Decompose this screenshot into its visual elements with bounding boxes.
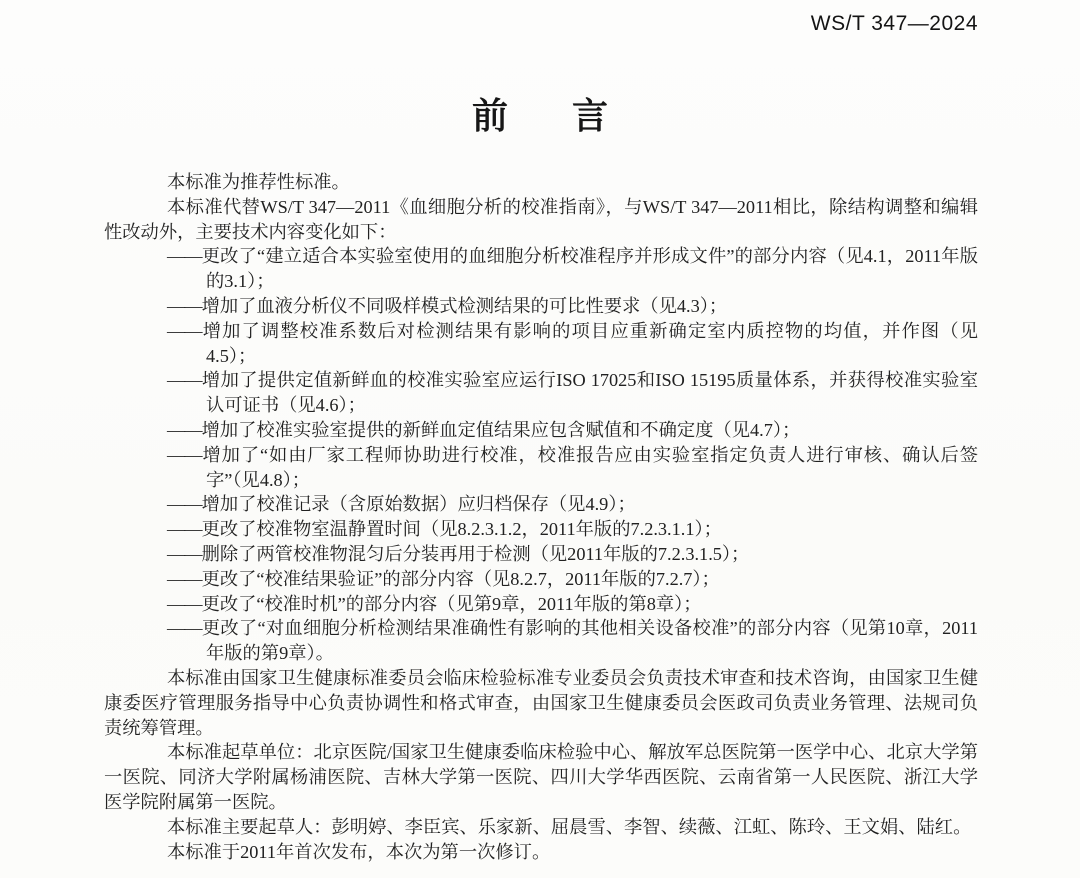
change-item: ——更改了“对血细胞分析检测结果准确性有影响的其他相关设备校准”的部分内容（见第… [104,616,978,666]
document-page: WS/T 347—2024 前 言 本标准为推荐性标准。 本标准代替WS/T 3… [0,0,1080,878]
item-dash: —— [167,544,202,564]
change-item-text: 增加了校准实验室提供的新鲜血定值结果应包含赋值和不确定度（见4.7）； [202,420,801,440]
item-dash: —— [167,569,202,589]
change-item: ——增加了调整校准系数后对检测结果有影响的项目应重新确定室内质控物的均值，并作图… [104,319,978,369]
change-item: ——更改了“校准时机”的部分内容（见第9章，2011年版的第8章）； [104,592,978,617]
change-item: ——增加了提供定值新鲜血的校准实验室应运行ISO 17025和ISO 15195… [104,368,978,418]
change-item: ——增加了校准记录（含原始数据）应归档保存（见4.9）； [104,492,978,517]
paragraph-drafting-organizations: 本标准起草单位：北京医院/国家卫生健康委临床检验中心、解放军总医院第一医学中心、… [104,740,978,814]
change-item: ——增加了校准实验室提供的新鲜血定值结果应包含赋值和不确定度（见4.7）； [104,418,978,443]
title-char-yan: 言 [572,96,608,136]
item-dash: —— [167,370,202,390]
change-item-text: 增加了提供定值新鲜血的校准实验室应运行ISO 17025和ISO 15195质量… [202,370,978,415]
change-item-text: 增加了校准记录（含原始数据）应归档保存（见4.9）； [202,494,636,514]
foreword-body: 本标准为推荐性标准。 本标准代替WS/T 347—2011《血细胞分析的校准指南… [104,170,978,864]
change-item-text: 更改了“对血细胞分析检测结果准确性有影响的其他相关设备校准”的部分内容（见第10… [202,618,978,663]
item-dash: —— [167,246,202,266]
change-item: ——更改了“建立适合本实验室使用的血细胞分析校准程序并形成文件”的部分内容（见4… [104,244,978,294]
item-dash: —— [167,420,202,440]
page-title: 前 言 [0,96,1080,136]
change-item: ——删除了两管校准物混匀后分装再用于检测（见2011年版的7.2.3.1.5）； [104,542,978,567]
item-dash: —— [167,618,202,638]
item-dash: —— [167,494,202,514]
item-dash: —— [167,296,202,316]
change-item: ——增加了“如由厂家工程师协助进行校准，校准报告应由实验室指定负责人进行审核、确… [104,443,978,493]
paragraph-drafters: 本标准主要起草人：彭明婷、李臣宾、乐家新、屈晨雪、李智、续薇、江虹、陈玲、王文娟… [104,815,978,840]
change-item-text: 增加了血液分析仪不同吸样模式检测结果的可比性要求（见4.3）； [202,296,728,316]
paragraph-revision-history: 本标准于2011年首次发布，本次为第一次修订。 [104,840,978,865]
change-item-text: 增加了“如由厂家工程师协助进行校准，校准报告应由实验室指定负责人进行审核、确认后… [202,445,978,490]
paragraph-replacement-notice: 本标准代替WS/T 347—2011《血细胞分析的校准指南》，与WS/T 347… [104,195,978,245]
item-dash: —— [167,594,202,614]
paragraph-recommended-standard: 本标准为推荐性标准。 [104,170,978,195]
change-item-text: 删除了两管校准物混匀后分装再用于检测（见2011年版的7.2.3.1.5）； [202,544,750,564]
item-dash: —— [167,321,202,341]
title-char-qian: 前 [472,96,508,136]
change-item-text: 更改了“校准时机”的部分内容（见第9章，2011年版的第8章）； [202,594,702,614]
change-item-text: 更改了“校准结果验证”的部分内容（见8.2.7，2011年版的7.2.7）； [202,569,720,589]
change-item: ——更改了“校准结果验证”的部分内容（见8.2.7，2011年版的7.2.7）； [104,567,978,592]
standard-number: WS/T 347—2024 [811,12,978,36]
change-item-text: 增加了调整校准系数后对检测结果有影响的项目应重新确定室内质控物的均值，并作图（见… [202,321,978,366]
paragraph-responsible-bodies: 本标准由国家卫生健康标准委员会临床检验标准专业委员会负责技术审查和技术咨询，由国… [104,666,978,740]
change-item: ——更改了校准物室温静置时间（见8.2.3.1.2，2011年版的7.2.3.1… [104,517,978,542]
change-item-text: 更改了校准物室温静置时间（见8.2.3.1.2，2011年版的7.2.3.1.1… [202,519,722,539]
item-dash: —— [167,445,202,465]
change-item: ——增加了血液分析仪不同吸样模式检测结果的可比性要求（见4.3）； [104,294,978,319]
item-dash: —— [167,519,202,539]
change-item-text: 更改了“建立适合本实验室使用的血细胞分析校准程序并形成文件”的部分内容（见4.1… [202,246,978,291]
